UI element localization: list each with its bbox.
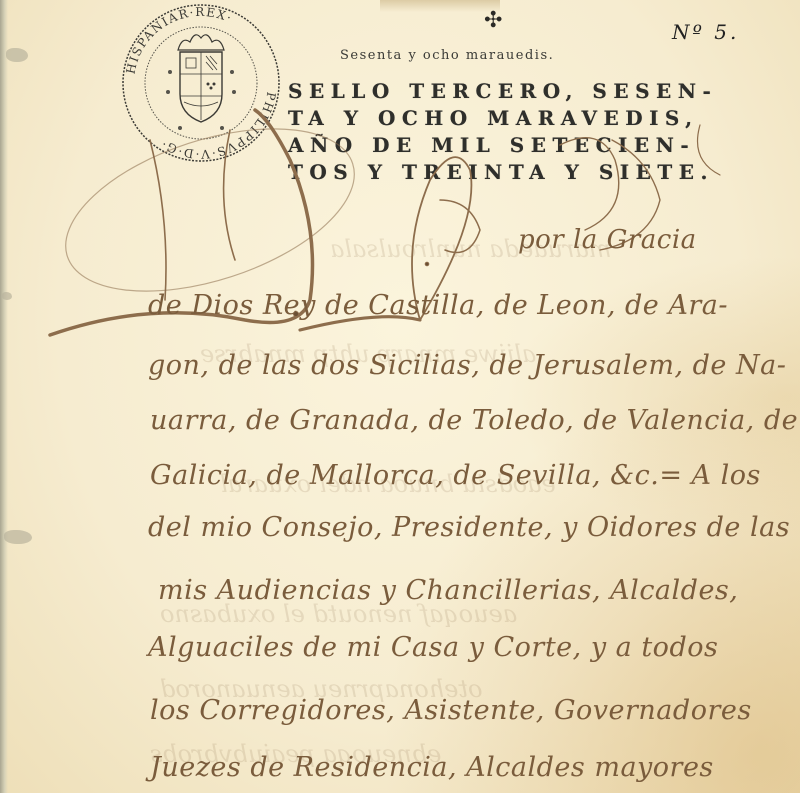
body-line: los Corregidores, Asistente, Governadore… <box>150 695 752 726</box>
body-line: por la Gracia <box>518 225 697 255</box>
paper-stain <box>380 0 500 12</box>
body-line: de Dios Rey de Castilla, de Leon, de Ara… <box>148 290 728 321</box>
stamp-price-line: Sesenta y ocho marauedis. <box>340 48 554 63</box>
paper-tear <box>6 48 28 62</box>
body-line: Juezes de Residencia, Alcaldes mayores <box>150 752 714 783</box>
stamp-line: TA Y OCHO MARAVEDIS, <box>288 105 708 132</box>
folio-number: Nº 5. <box>672 20 739 44</box>
stamp-header: SELLO TERCERO, SESEN- TA Y OCHO MARAVEDI… <box>288 78 708 186</box>
paper-tear <box>4 530 32 544</box>
paper-left-edge <box>0 0 8 793</box>
stamp-line: SELLO TERCERO, SESEN- <box>288 78 708 105</box>
body-line: gon, de las dos Sicilias, de Jerusalem, … <box>148 350 786 381</box>
document-page: maruaeda nunlroulsala aliiwe mnarp uhtp … <box>0 0 800 793</box>
stamp-line: AÑO DE MIL SETECIEN- <box>288 132 708 159</box>
paper-tear <box>2 292 12 300</box>
body-line: Alguaciles de mi Casa y Corte, y a todos <box>148 632 718 663</box>
body-line: mis Audiencias y Chancillerias, Alcaldes… <box>158 575 738 606</box>
body-line: Galicia, de Mallorca, de Sevilla, &c.= A… <box>150 460 761 491</box>
body-line: uarra, de Granada, de Toledo, de Valenci… <box>150 405 798 436</box>
svg-text:PHILIPPVS·V·D·G·: PHILIPPVS·V·D·G· <box>158 91 279 161</box>
royal-seal: HISPANIAR·REX· PHILIPPVS·V·D·G· <box>120 2 282 164</box>
stamp-line: TOS Y TREINTA Y SIETE. <box>288 159 708 186</box>
cross-ornament-icon: ✣ <box>484 8 502 33</box>
body-line: del mio Consejo, Presidente, y Oidores d… <box>148 512 790 543</box>
